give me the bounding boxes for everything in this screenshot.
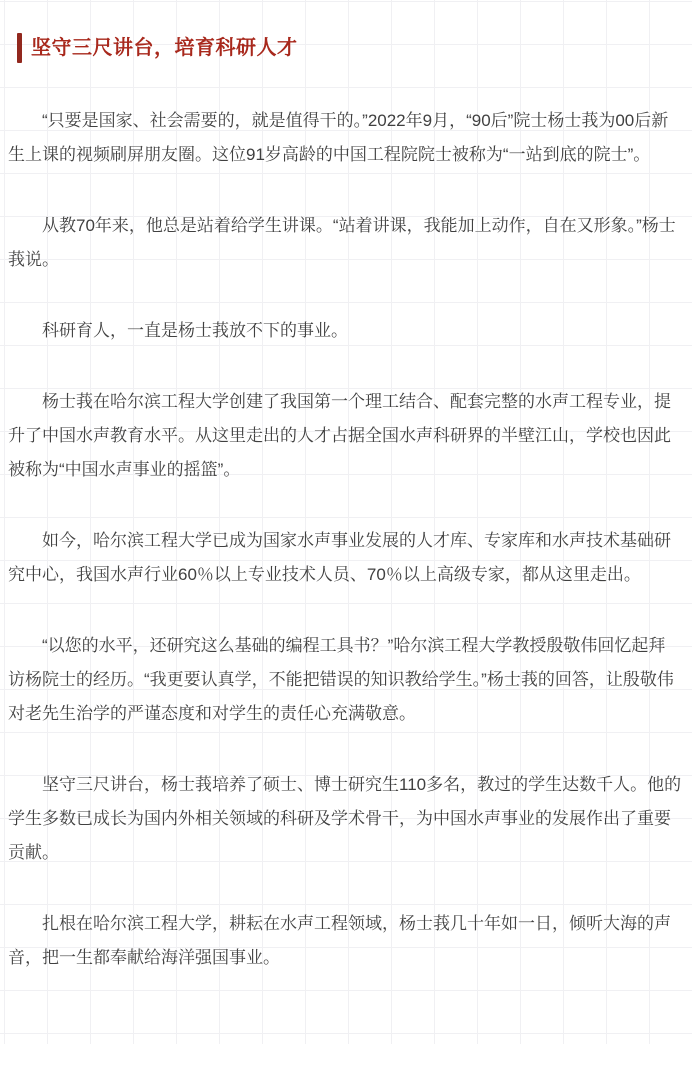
article-paragraph: “只要是国家、社会需要的，就是值得干的。”2022年9月，“90后”院士杨士莪为…: [8, 104, 682, 172]
article-paragraph: 坚守三尺讲台，杨士莪培养了硕士、博士研究生110多名，教过的学生达数千人。他的学…: [8, 768, 682, 870]
article-paragraph: 从教70年来，他总是站着给学生讲课。“站着讲课，我能加上动作，自在又形象。”杨士…: [8, 209, 682, 277]
article-paragraph: 扎根在哈尔滨工程大学，耕耘在水声工程领域，杨士莪几十年如一日，倾听大海的声音，把…: [8, 907, 682, 975]
article-paragraph: “以您的水平，还研究这么基础的编程工具书？”哈尔滨工程大学教授殷敬伟回忆起拜访杨…: [8, 629, 682, 731]
section-header: 坚守三尺讲台，培育科研人才: [17, 33, 692, 63]
article-paragraph: 如今，哈尔滨工程大学已成为国家水声事业发展的人才库、专家库和水声技术基础研究中心…: [8, 524, 682, 592]
article-content: 坚守三尺讲台，培育科研人才 “只要是国家、社会需要的，就是值得干的。”2022年…: [0, 0, 692, 975]
article-body: “只要是国家、社会需要的，就是值得干的。”2022年9月，“90后”院士杨士莪为…: [0, 104, 692, 975]
article-page: 坚守三尺讲台，培育科研人才 “只要是国家、社会需要的，就是值得干的。”2022年…: [0, 0, 692, 1068]
title-accent-bar: [17, 33, 22, 63]
section-title: 坚守三尺讲台，培育科研人才: [31, 33, 298, 63]
article-paragraph: 杨士莪在哈尔滨工程大学创建了我国第一个理工结合、配套完整的水声工程专业，提升了中…: [8, 385, 682, 487]
article-paragraph: 科研育人，一直是杨士莪放不下的事业。: [8, 314, 682, 348]
